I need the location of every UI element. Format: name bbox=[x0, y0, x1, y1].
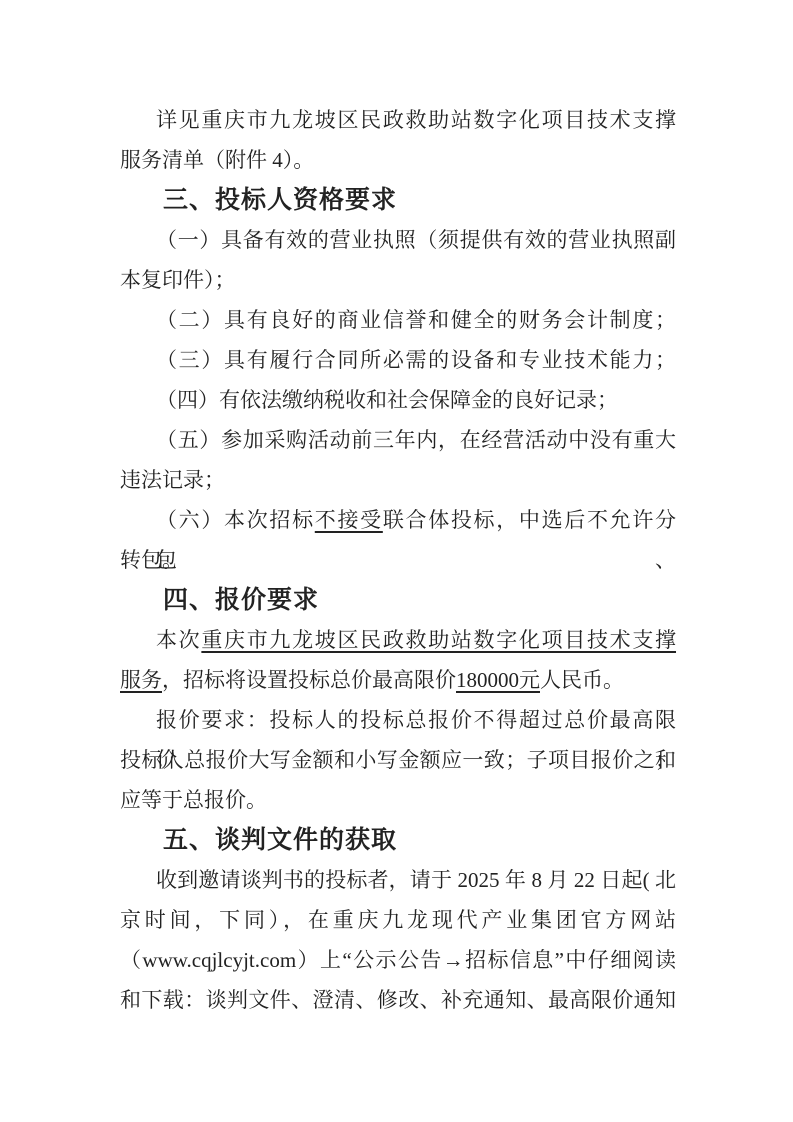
text-segment: 详见重庆市九龙坡区民政救助站数字化项目技术支撑 bbox=[156, 108, 676, 132]
section-heading: 四、报价要求 bbox=[120, 580, 676, 620]
text-segment: （五）参加采购活动前三年内，在经营活动中没有重大 bbox=[156, 428, 676, 452]
text-line: （一）具备有效的营业执照（须提供有效的营业执照副 bbox=[120, 220, 676, 260]
document-page: 详见重庆市九龙坡区民政救助站数字化项目技术支撑 服务清单（附件 4）。 三、投标… bbox=[0, 0, 793, 1122]
text-segment: 违法记录； bbox=[120, 468, 225, 492]
text-line: 报价要求：投标人的投标总报价不得超过总价最高限价； bbox=[120, 700, 676, 740]
text-line: （四）有依法缴纳税收和社会保障金的良好记录； bbox=[120, 380, 676, 420]
text-segment: 本复印件）； bbox=[120, 268, 236, 292]
text-segment: 投标人总报价大写金额和小写金额应一致；子项目报价之和 bbox=[120, 748, 676, 772]
heading-text: 三、投标人资格要求 bbox=[163, 186, 397, 214]
text-line: （五）参加采购活动前三年内，在经营活动中没有重大 bbox=[120, 420, 676, 460]
underlined-text: 服务 bbox=[120, 668, 162, 692]
text-segment: 京时间，下同），在重庆九龙现代产业集团官方网站 bbox=[120, 908, 676, 932]
text-segment: （二）具有良好的商业信誉和健全的财务会计制度； bbox=[156, 308, 676, 332]
page-content: 详见重庆市九龙坡区民政救助站数字化项目技术支撑 服务清单（附件 4）。 三、投标… bbox=[120, 100, 676, 1020]
text-segment: 人民币。 bbox=[540, 668, 624, 692]
text-line: 详见重庆市九龙坡区民政救助站数字化项目技术支撑 bbox=[120, 100, 676, 140]
underlined-text: 不接受 bbox=[315, 508, 383, 532]
text-line: 京时间，下同），在重庆九龙现代产业集团官方网站 bbox=[120, 900, 676, 940]
text-line: 本复印件）； bbox=[120, 260, 676, 300]
text-line: （六）本次招标不接受联合体投标，中选后不允许分包、 bbox=[120, 500, 676, 540]
text-line: （www.cqjlcyjt.com）上“公示公告→招标信息”中仔细阅读 bbox=[120, 940, 676, 980]
text-line: （三）具有履行合同所必需的设备和专业技术能力； bbox=[120, 340, 676, 380]
section-heading: 五、谈判文件的获取 bbox=[120, 820, 676, 860]
underlined-text: 重庆市九龙坡区民政救助站数字化项目技术支撑 bbox=[201, 628, 676, 652]
text-line: 收到邀请谈判书的投标者，请于 2025 年 8 月 22 日起( 北 bbox=[120, 860, 676, 900]
text-segment: （一）具备有效的营业执照（须提供有效的营业执照副 bbox=[156, 228, 676, 252]
text-segment: 应等于总报价。 bbox=[120, 788, 267, 812]
text-segment: 本次 bbox=[156, 628, 201, 652]
text-segment: 服务清单（附件 4）。 bbox=[120, 148, 314, 172]
text-line: （二）具有良好的商业信誉和健全的财务会计制度； bbox=[120, 300, 676, 340]
text-line: 服务，招标将设置投标总价最高限价180000元人民币。 bbox=[120, 660, 676, 700]
text-line: 违法记录； bbox=[120, 460, 676, 500]
text-segment: （www.cqjlcyjt.com）上“公示公告→招标信息”中仔细阅读 bbox=[120, 948, 676, 972]
text-line: 应等于总报价。 bbox=[120, 780, 676, 820]
text-segment: （六）本次招标 bbox=[156, 508, 315, 532]
text-line: 投标人总报价大写金额和小写金额应一致；子项目报价之和 bbox=[120, 740, 676, 780]
text-segment: （三）具有履行合同所必需的设备和专业技术能力； bbox=[156, 348, 676, 372]
text-segment: 收到邀请谈判书的投标者，请于 2025 年 8 月 22 日起( 北 bbox=[156, 868, 676, 892]
section-heading: 三、投标人资格要求 bbox=[120, 180, 676, 220]
heading-text: 五、谈判文件的获取 bbox=[163, 826, 397, 854]
text-segment: 转包。 bbox=[120, 548, 183, 572]
text-line: 和下载：谈判文件、澄清、修改、补充通知、最高限价通知 bbox=[120, 980, 676, 1020]
heading-text: 四、报价要求 bbox=[163, 586, 319, 614]
text-line: 本次重庆市九龙坡区民政救助站数字化项目技术支撑 bbox=[120, 620, 676, 660]
text-segment: 和下载：谈判文件、澄清、修改、补充通知、最高限价通知 bbox=[120, 988, 676, 1012]
text-segment: ，招标将设置投标总价最高限价 bbox=[162, 668, 456, 692]
text-segment: （四）有依法缴纳税收和社会保障金的良好记录； bbox=[156, 388, 618, 412]
text-line: 服务清单（附件 4）。 bbox=[120, 140, 676, 180]
underlined-text: 180000元 bbox=[456, 668, 540, 692]
